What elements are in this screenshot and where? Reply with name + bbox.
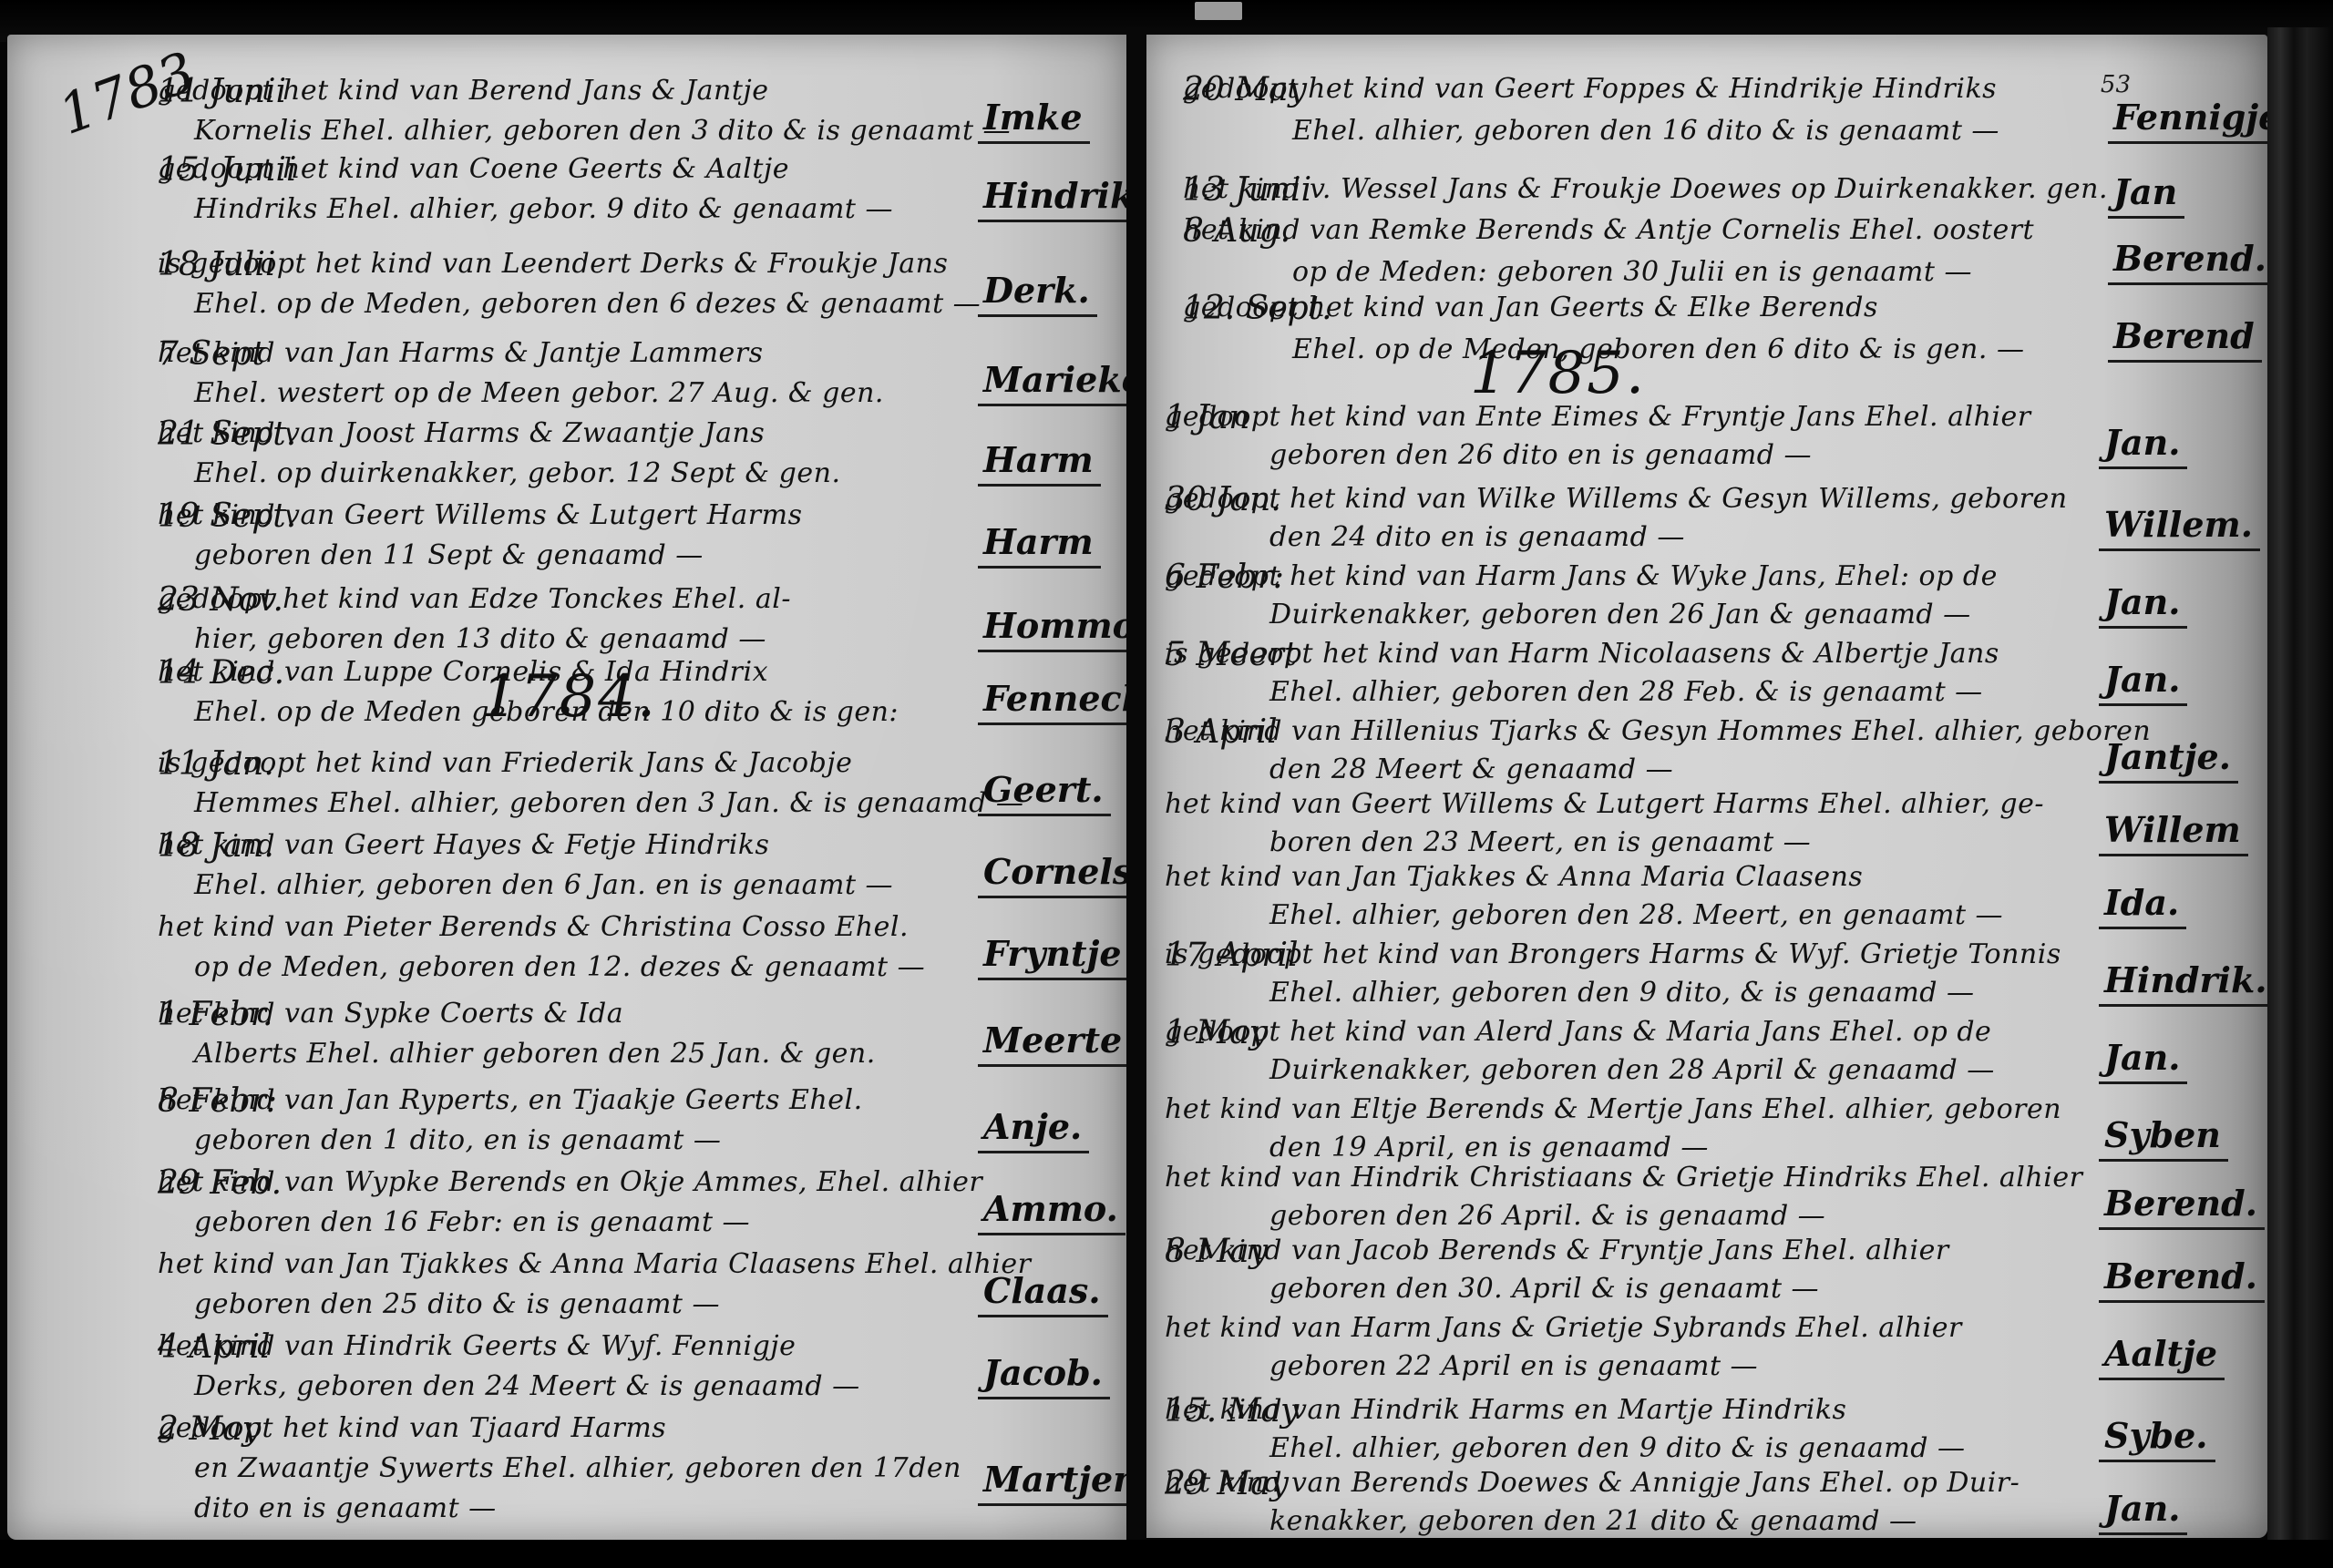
entry-text-line: geboren den 25 dito & is genaamt — [194, 1288, 720, 1320]
entry-text-line: geboren den 1 dito, en is genaamt — [194, 1124, 721, 1156]
right-page: 53 20 Maygedoopt het kind van Geert Fopp… [1146, 35, 2267, 1538]
entry-text-line: gedoopt het kind van Alerd Jans & Maria … [1165, 1016, 1991, 1048]
entry-text-line: den 19 April, en is genaamd — [1269, 1132, 1709, 1163]
child-name: Jan. [2099, 581, 2187, 629]
child-name: Martjen [978, 1459, 1126, 1506]
entry-text-line: Ehel. op duirkenakker, gebor. 12 Sept & … [194, 457, 840, 489]
entry-text-line: Duirkenakker, geboren den 28 April & gen… [1269, 1054, 1995, 1086]
entry-text-line: het kind van Eltje Berends & Mertje Jans… [1165, 1093, 2061, 1125]
child-name: Jan. [2099, 422, 2187, 469]
entry-text-line: Ehel. alhier, geboren den 6 Jan. en is g… [194, 869, 893, 901]
entry-text-line: dito en is genaamt — [194, 1492, 497, 1524]
entry-text-line: geboren den 11 Sept & genaamd — [194, 539, 704, 571]
entry-text-line: het kind van Remke Berends & Antje Corne… [1183, 214, 2034, 246]
entry-text-line: het kind v. Wessel Jans & Froukje Doewes… [1183, 173, 2108, 205]
entry-text-line: het kind van Geert Willems & Lutgert Har… [1165, 788, 2044, 820]
scan-bottom-border [0, 1540, 2333, 1568]
child-name: Anje. [978, 1106, 1089, 1153]
entry-text-line: op de Meden, geboren den 12. dezes & gen… [194, 951, 925, 983]
child-name: Fryntje [978, 933, 1126, 980]
entry-text-line: Hindriks Ehel. alhier, gebor. 9 dito & g… [194, 193, 893, 225]
entry-text-line: het kind van Jan Ryperts, en Tjaakje Gee… [158, 1084, 863, 1116]
entry-text-line: den 28 Meert & genaamd — [1269, 753, 1673, 785]
entry-text-line: het kind van Joost Harms & Zwaantje Jans [158, 417, 765, 449]
entry-text-line: geboren den 16 Febr: en is genaamt — [194, 1206, 750, 1238]
child-name: Willem [2099, 809, 2248, 856]
entry-text-line: den 24 dito en is genaamd — [1269, 521, 1685, 553]
page-number: 53 [2101, 71, 2131, 98]
entry-text-line: het kind van Wypke Berends en Okje Ammes… [158, 1166, 982, 1198]
entry-text-line: boren den 23 Meert, en is genaamt — [1269, 826, 1811, 858]
entry-text-line: het kind van Harm Jans & Grietje Sybrand… [1165, 1312, 1962, 1344]
entry-text-line: gedoopt het kind van Jan Geerts & Elke B… [1183, 292, 1878, 323]
child-name: Jan. [2099, 1037, 2187, 1084]
child-name: Harm [978, 439, 1101, 487]
entry-text-line: gedoopt het kind van Wilke Willems & Ges… [1165, 483, 2068, 515]
entry-text-line: geboren 22 April en is genaamt — [1269, 1350, 1758, 1382]
entry-text-line: is gedoopt het kind van Harm Nicolaasens… [1165, 638, 1999, 670]
child-name: Berend. [2108, 238, 2267, 285]
entry-text-line: Ehel. op de Meden, geboren den 6 dezes &… [194, 288, 981, 320]
child-name: Harm [978, 521, 1101, 569]
entry-text-line: het kind van Geert Willems & Lutgert Har… [158, 499, 802, 531]
book-gutter [1126, 27, 1146, 1568]
entry-text-line: het kind van Hindrik Christiaans & Griet… [1165, 1162, 2082, 1194]
entry-text-line: gedoopt het kind van Harm Jans & Wyke Ja… [1165, 560, 1998, 592]
entry-text-line: gedoopt het kind van Tjaard Harms [158, 1412, 666, 1444]
entry-text-line: het kind van Luppe Cornelis & Ida Hindri… [158, 656, 768, 688]
entry-text-line: het kind van Geert Hayes & Fetje Hindrik… [158, 829, 769, 861]
child-name: Sybe. [2099, 1415, 2215, 1462]
entry-text-line: het kind van Sypke Coerts & Ida [158, 998, 623, 1030]
entry-text-line: het kind van Hindrik Geerts & Wyf. Fenni… [158, 1330, 796, 1362]
child-name: Hindrik [978, 175, 1126, 222]
entry-text-line: Alberts Ehel. alhier geboren den 25 Jan.… [194, 1038, 876, 1070]
entry-text-line: geboren den 30. April & is genaamt — [1269, 1273, 1819, 1305]
entry-text-line: Hemmes Ehel. alhier, geboren den 3 Jan. … [194, 787, 1023, 819]
entry-text-line: Ehel. alhier, geboren den 9 dito, & is g… [1269, 977, 1975, 1009]
entry-text-line: en Zwaantje Sywerts Ehel. alhier, gebore… [194, 1452, 961, 1484]
year-heading-1785: 1785. [1470, 340, 1646, 407]
entry-text-line: het kind van Hindrik Harms en Martje Hin… [1165, 1394, 1846, 1426]
child-name: Willem. [2099, 504, 2260, 551]
entry-text-line: is gedoopt het kind van Leendert Derks &… [158, 248, 948, 280]
child-name: Jantje. [2099, 736, 2238, 784]
entry-text-line: Ehel. alhier, geboren den 16 dito & is g… [1292, 115, 1999, 147]
child-name: Hindrik. [2099, 959, 2267, 1007]
child-name: Fennechyn [978, 678, 1126, 725]
child-name: Meerte [978, 1020, 1126, 1067]
entry-text-line: het kind van Jan Harms & Jantje Lammers [158, 337, 764, 369]
entry-text-line: het kind van Jan Tjakkes & Anna Maria Cl… [1165, 861, 1863, 893]
child-name: Derk. [978, 270, 1097, 317]
entry-text-line: Kornelis Ehel. alhier, geboren den 3 dit… [194, 115, 1011, 147]
entry-text-line: gedoopt het kind van Geert Foppes & Hind… [1183, 73, 1997, 105]
entry-text-line: het kind van Jan Tjakkes & Anna Maria Cl… [158, 1248, 1032, 1280]
child-name: Cornelske [978, 851, 1126, 898]
entry-text-line: Derks, geboren den 24 Meert & is genaamd… [194, 1370, 860, 1402]
entry-text-line: Ehel. op de Meden, geboren den 6 dito & … [1292, 333, 2024, 365]
entry-text-line: geboren den 26 dito en is genaamd — [1269, 439, 1812, 471]
entry-text-line: Ehel. westert op de Meen gebor. 27 Aug. … [194, 377, 884, 409]
child-name: Marieke [978, 359, 1126, 406]
entry-text-line: het kind van Pieter Berends & Christina … [158, 911, 909, 943]
child-name: Berend [2108, 315, 2262, 363]
entry-text-line: het kind van Berends Doewes & Annigje Ja… [1165, 1467, 2020, 1499]
entry-text-line: kenakker, geboren den 21 dito & genaamd … [1269, 1505, 1917, 1537]
entry-text-line: gedoopt het kind van Edze Tonckes Ehel. … [158, 583, 791, 615]
entry-text-line: Duirkenakker, geboren den 26 Jan & genaa… [1269, 599, 1971, 630]
child-name: Imke [978, 97, 1090, 144]
child-name: Jacob. [978, 1352, 1110, 1399]
entry-text-line: Ehel. alhier, geboren den 28 Feb. & is g… [1269, 676, 1983, 708]
child-name: Berend. [2099, 1255, 2265, 1303]
child-name: Jan. [2099, 659, 2187, 706]
entry-text-line: het kind van Hillenius Tjarks & Gesyn Ho… [1165, 715, 2151, 747]
entry-text-line: is gedoopt het kind van Friederik Jans &… [158, 747, 852, 779]
child-name: Berend. [2099, 1183, 2265, 1230]
left-page: 1783 11 Juniigedoopt het kind van Berend… [7, 35, 1126, 1540]
child-name: Syben [2099, 1114, 2228, 1162]
entry-text-line: Ehel. alhier, geboren den 9 dito & is ge… [1269, 1432, 1965, 1464]
child-name: Geert. [978, 769, 1111, 816]
entry-text-line: het kind van Jacob Berends & Fryntje Jan… [1165, 1235, 1949, 1266]
entry-text-line: is gedoopt het kind van Brongers Harms &… [1165, 938, 2061, 970]
page-edges [2267, 27, 2333, 1568]
child-name: Fennigje. [2108, 97, 2267, 144]
entry-text-line: gedoopt het kind van Coene Geerts & Aalt… [158, 153, 789, 185]
child-name: Ammo. [978, 1188, 1125, 1235]
entry-text-line: op de Meden: geboren 30 Julii en is gena… [1292, 256, 1972, 288]
entry-text-line: geboren den 26 April. & is genaamd — [1269, 1200, 1825, 1232]
child-name: Jan [2108, 171, 2184, 219]
entry-text-line: gedoopt het kind van Ente Eimes & Fryntj… [1165, 401, 2031, 433]
child-name: Jan. [2099, 1488, 2187, 1535]
child-name: Aaltje [2099, 1333, 2225, 1380]
child-name: Hommo. [978, 605, 1126, 652]
bookmark-tab [1195, 2, 1242, 20]
child-name: Ida. [2099, 882, 2186, 929]
entry-text-line: hier, geboren den 13 dito & genaamd — [194, 623, 766, 655]
child-name: Claas. [978, 1270, 1108, 1317]
entry-text-line: gedoopt het kind van Berend Jans & Jantj… [158, 75, 768, 107]
entry-text-line: Ehel. alhier, geboren den 28. Meert, en … [1269, 899, 2003, 931]
year-heading-1784: 1784. [481, 663, 657, 731]
